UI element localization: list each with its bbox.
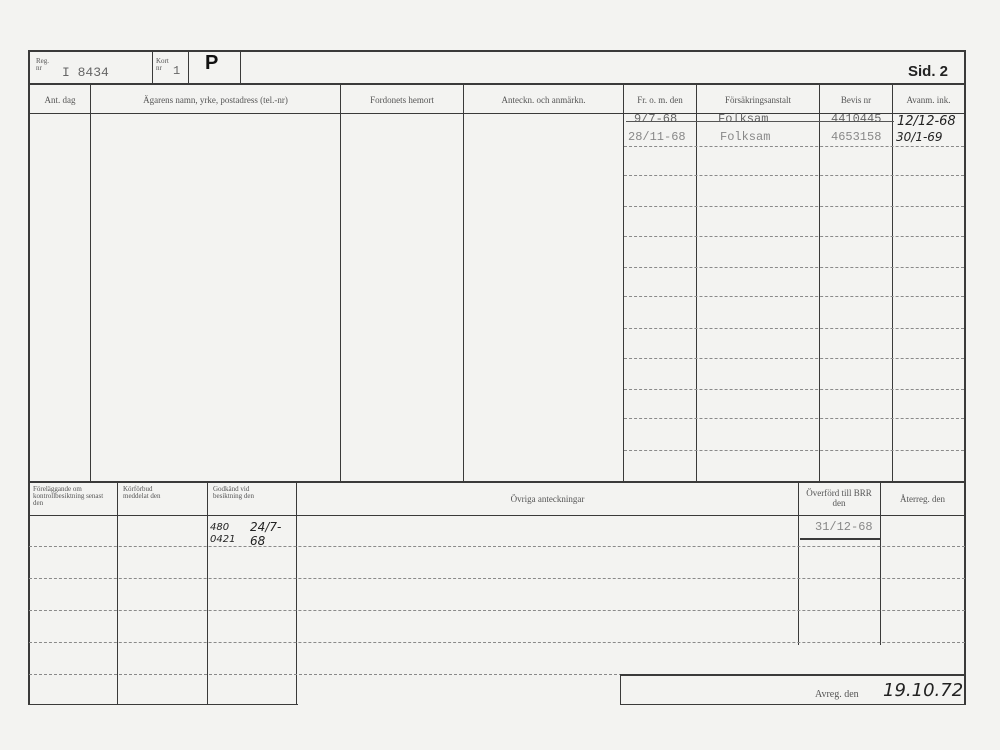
reg-label: Reg.nr bbox=[36, 58, 56, 72]
class-letter: P bbox=[205, 52, 218, 75]
col-ant-dag: Ant. dag bbox=[30, 95, 90, 105]
col-rereg: Återreg. den bbox=[881, 494, 964, 504]
col-certificate: Bevis nr bbox=[820, 95, 892, 105]
col-transferred-brr: Överförd till BRR den bbox=[800, 488, 878, 508]
form-border-top bbox=[28, 50, 966, 52]
col-driving-ban: Körförbud meddelat den bbox=[123, 486, 173, 500]
col-other-notes: Övriga anteckningar bbox=[297, 494, 798, 504]
col-insurer: Försäkringsanstalt bbox=[697, 95, 819, 105]
col-from-date: Fr. o. m. den bbox=[624, 95, 696, 105]
reg-number: I 8434 bbox=[62, 65, 109, 80]
form-border-left bbox=[28, 50, 30, 705]
col-owner: Ägarens namn, yrke, postadress (tel.-nr) bbox=[91, 95, 340, 105]
avreg-date: 19.10.72 bbox=[883, 680, 963, 701]
transferred-brr-date: 31/12-68 bbox=[815, 520, 873, 534]
col-anteckn: Anteckn. och anmärkn. bbox=[464, 95, 623, 105]
col-deregistered: Avanm. ink. bbox=[893, 95, 964, 105]
page-number: Sid. 2 bbox=[908, 63, 948, 80]
kort-number: 1 bbox=[173, 64, 180, 78]
approved-code: 480 0421 bbox=[210, 522, 236, 546]
approved-date: 24/7-68 bbox=[250, 520, 290, 548]
form-border-right bbox=[964, 50, 966, 705]
avreg-label: Avreg. den bbox=[815, 690, 859, 700]
col-approved: Godkänd vid besiktning den bbox=[213, 486, 273, 500]
col-inspection-order: Föreläggande om kontrollbesiktning senas… bbox=[33, 486, 115, 507]
col-hemort: Fordonets hemort bbox=[341, 95, 463, 105]
